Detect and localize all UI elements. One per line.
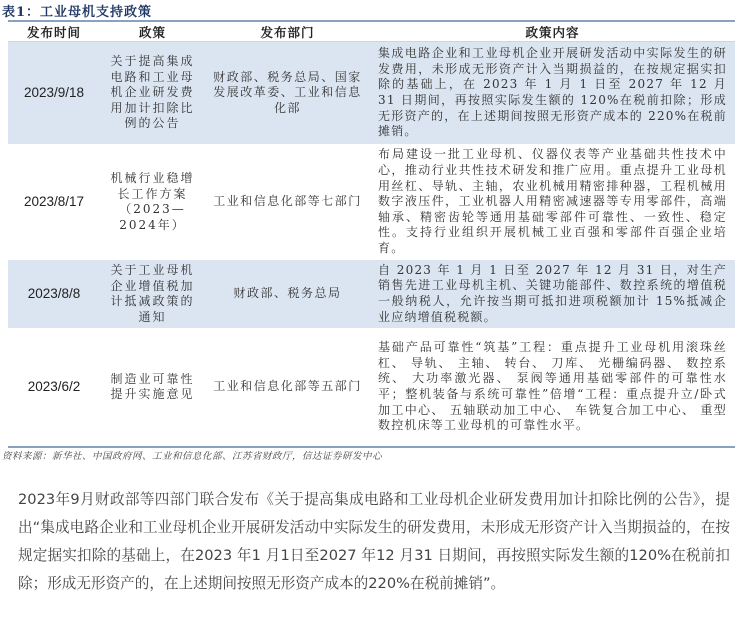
table-header-row: 发布时间 政策 发布部门 政策内容	[8, 22, 735, 42]
cell-department: 工业和信息化部等五部门	[205, 329, 370, 446]
policy-table-container: 发布时间 政策 发布部门 政策内容 2023/9/18 关于提高集成电路和工业母…	[8, 20, 735, 448]
cell-department: 财政部、税务总局、国家发展改革委、工业和信息化部	[205, 42, 370, 145]
source-note: 资料来源：新华社、中国政府网、工业和信息化部、江苏省财政厅，信达证券研发中心	[2, 448, 382, 462]
header-department: 发布部门	[205, 22, 370, 42]
policy-table: 发布时间 政策 发布部门 政策内容 2023/9/18 关于提高集成电路和工业母…	[8, 22, 735, 446]
cell-department: 工业和信息化部等七部门	[205, 145, 370, 260]
table-row: 2023/8/17 机械行业稳增长工作方案（2023—2024年） 工业和信息化…	[8, 145, 735, 260]
cell-policy: 制造业可靠性提升实施意见	[100, 329, 205, 446]
cell-policy: 机械行业稳增长工作方案（2023—2024年）	[100, 145, 205, 260]
cell-date: 2023/6/2	[8, 329, 100, 446]
cell-content: 基础产品可靠性“筑基”工程：重点提升工业母机用滚珠丝杠、 导轨、 主轴、 转台、…	[370, 329, 735, 446]
cell-date: 2023/9/18	[8, 42, 100, 145]
header-policy: 政策	[100, 22, 205, 42]
header-content: 政策内容	[370, 22, 735, 42]
cell-content: 集成电路企业和工业母机企业开展研发活动中实际发生的研发费用，未形成无形资产计入当…	[370, 42, 735, 145]
cell-content: 布局建设一批工业母机、仪器仪表等产业基础共性技术中心，推动行业共性技术研发和推广…	[370, 145, 735, 260]
table-row: 2023/8/8 关于工业母机企业增值税加计抵减政策的通知 财政部、税务总局 自…	[8, 260, 735, 329]
cell-policy: 关于提高集成电路和工业母机企业研发费用加计扣除比例的公告	[100, 42, 205, 145]
cell-policy: 关于工业母机企业增值税加计抵减政策的通知	[100, 260, 205, 329]
cell-date: 2023/8/8	[8, 260, 100, 329]
table-row: 2023/9/18 关于提高集成电路和工业母机企业研发费用加计扣除比例的公告 财…	[8, 42, 735, 145]
table-row: 2023/6/2 制造业可靠性提升实施意见 工业和信息化部等五部门 基础产品可靠…	[8, 329, 735, 446]
cell-date: 2023/8/17	[8, 145, 100, 260]
header-date: 发布时间	[8, 22, 100, 42]
cell-department: 财政部、税务总局	[205, 260, 370, 329]
table-caption: 表1：工业母机支持政策	[2, 1, 152, 20]
body-paragraph: 2023年9月财政部等四部门联合发布《关于提高集成电路和工业母机企业研发费用加计…	[18, 486, 730, 598]
cell-content: 自 2023 年 1 月 1 日至 2027 年 12 月 31 日，对生产销售…	[370, 260, 735, 329]
